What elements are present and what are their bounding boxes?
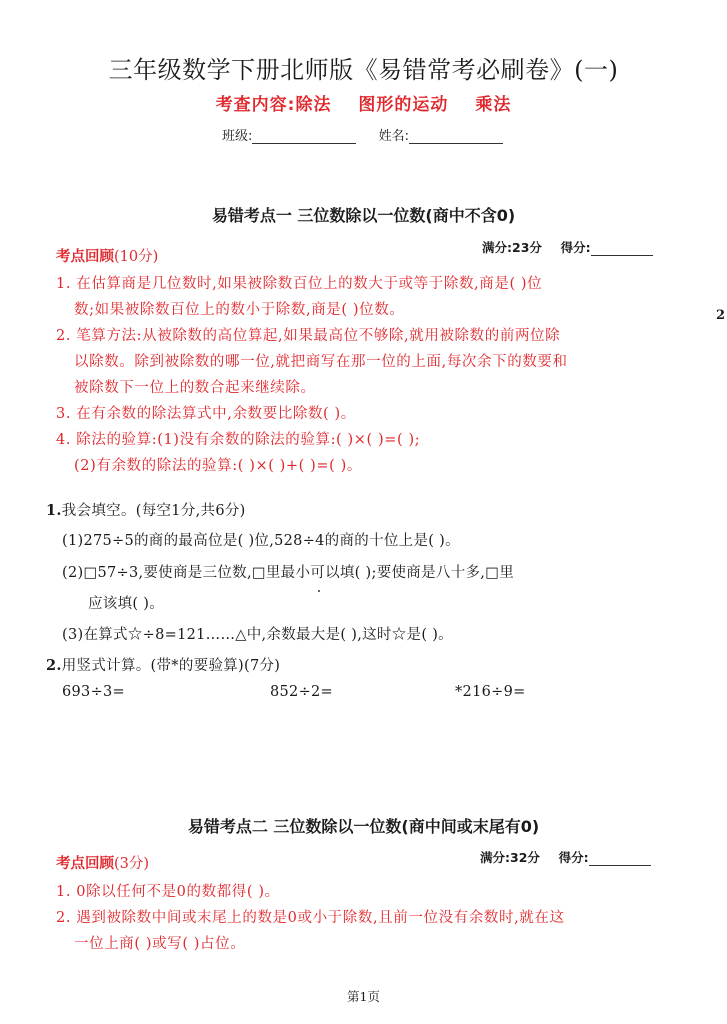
score-blank[interactable]: [589, 853, 651, 866]
review-points: (10分): [114, 249, 158, 265]
side-page-mark: 2: [716, 308, 725, 323]
review-item: 被除数下一位上的数合起来继续除。: [74, 376, 316, 397]
subtitle-topic-division: 考查内容:除法: [216, 95, 332, 115]
exam-content-subtitle: 考查内容:除法 图形的运动 乘法: [0, 90, 727, 115]
section1-review-heading: 考点回顾(10分): [56, 245, 158, 266]
full-score: 满分:23分: [482, 240, 542, 255]
question-1-item: (1)275÷5的商的最高位是( )位,528÷4的商的十位上是( )。: [62, 529, 460, 550]
name-blank[interactable]: [409, 129, 503, 144]
review-item: 3. 在有余数的除法算式中,余数要比除数( )。: [56, 402, 356, 423]
review-points: (3分): [114, 856, 149, 872]
question-number: 2.: [46, 657, 62, 674]
calc-problem: *216÷9=: [455, 684, 526, 700]
review-item: 一位上商( )或写( )占位。: [74, 932, 245, 953]
calc-problem: 693÷3=: [62, 684, 125, 700]
question-1-heading: 1.我会填空。(每空1分,共6分): [46, 499, 246, 520]
section1-title: 易错考点一 三位数除以一位数(商中不含0): [0, 203, 727, 226]
stray-dot: [318, 590, 320, 592]
subtitle-topic-shapes: 图形的运动: [358, 95, 448, 115]
question-number: 1.: [46, 502, 62, 519]
question-1-item: 应该填( )。: [88, 592, 164, 613]
review-label: 考点回顾: [56, 249, 114, 265]
review-item: 1. 在估算商是几位数时,如果被除数百位上的数大于或等于除数,商是( )位: [56, 272, 542, 293]
question-2-heading: 2.用竖式计算。(带*的要验算)(7分): [46, 654, 280, 675]
section1-score: 满分:23分 得分:: [482, 238, 653, 256]
calc-problem: 852÷2=: [270, 684, 333, 700]
full-score: 满分:32分: [480, 850, 540, 865]
class-blank[interactable]: [252, 129, 356, 144]
subtitle-topic-multiplication: 乘法: [475, 95, 511, 115]
score-label: 得分:: [561, 240, 591, 255]
section2-review-heading: 考点回顾(3分): [56, 852, 149, 873]
question-1-item: (2)□57÷3,要使商是三位数,□里最小可以填( );要使商是八十多,□里: [62, 561, 514, 582]
review-item: 1. 0除以任何不是0的数都得( )。: [56, 880, 280, 901]
name-label: 姓名:: [379, 129, 409, 144]
class-name-fields: 班级: 姓名:: [222, 125, 503, 144]
section2-score: 满分:32分 得分:: [480, 848, 651, 866]
review-item: 2. 笔算方法:从被除数的高位算起,如果最高位不够除,就用被除数的前两位除: [56, 324, 560, 345]
class-label: 班级:: [222, 129, 252, 144]
section2-title: 易错考点二 三位数除以一位数(商中间或末尾有0): [0, 814, 727, 837]
page-number: 第1页: [0, 987, 727, 1005]
page-title: 三年级数学下册北师版《易错常考必刷卷》(一): [0, 50, 727, 85]
score-blank[interactable]: [591, 243, 653, 256]
review-item: 数;如果被除数百位上的数小于除数,商是( )位数。: [74, 298, 404, 319]
review-item: (2)有余数的除法的验算:( )×( )+( )=( )。: [74, 454, 362, 475]
question-1-item: (3)在算式☆÷8=121……△中,余数最大是( ),这时☆是( )。: [62, 623, 453, 644]
question-title: 用竖式计算。(带*的要验算)(7分): [62, 658, 281, 674]
score-label: 得分:: [559, 850, 589, 865]
review-label: 考点回顾: [56, 856, 114, 872]
review-item: 以除数。除到被除数的哪一位,就把商写在那一位的上面,每次余下的数要和: [74, 350, 568, 371]
review-item: 2. 遇到被除数中间或末尾上的数是0或小于除数,且前一位没有余数时,就在这: [56, 906, 565, 927]
question-title: 我会填空。(每空1分,共6分): [62, 503, 246, 519]
review-item: 4. 除法的验算:(1)没有余数的除法的验算:( )×( )=( );: [56, 428, 420, 449]
